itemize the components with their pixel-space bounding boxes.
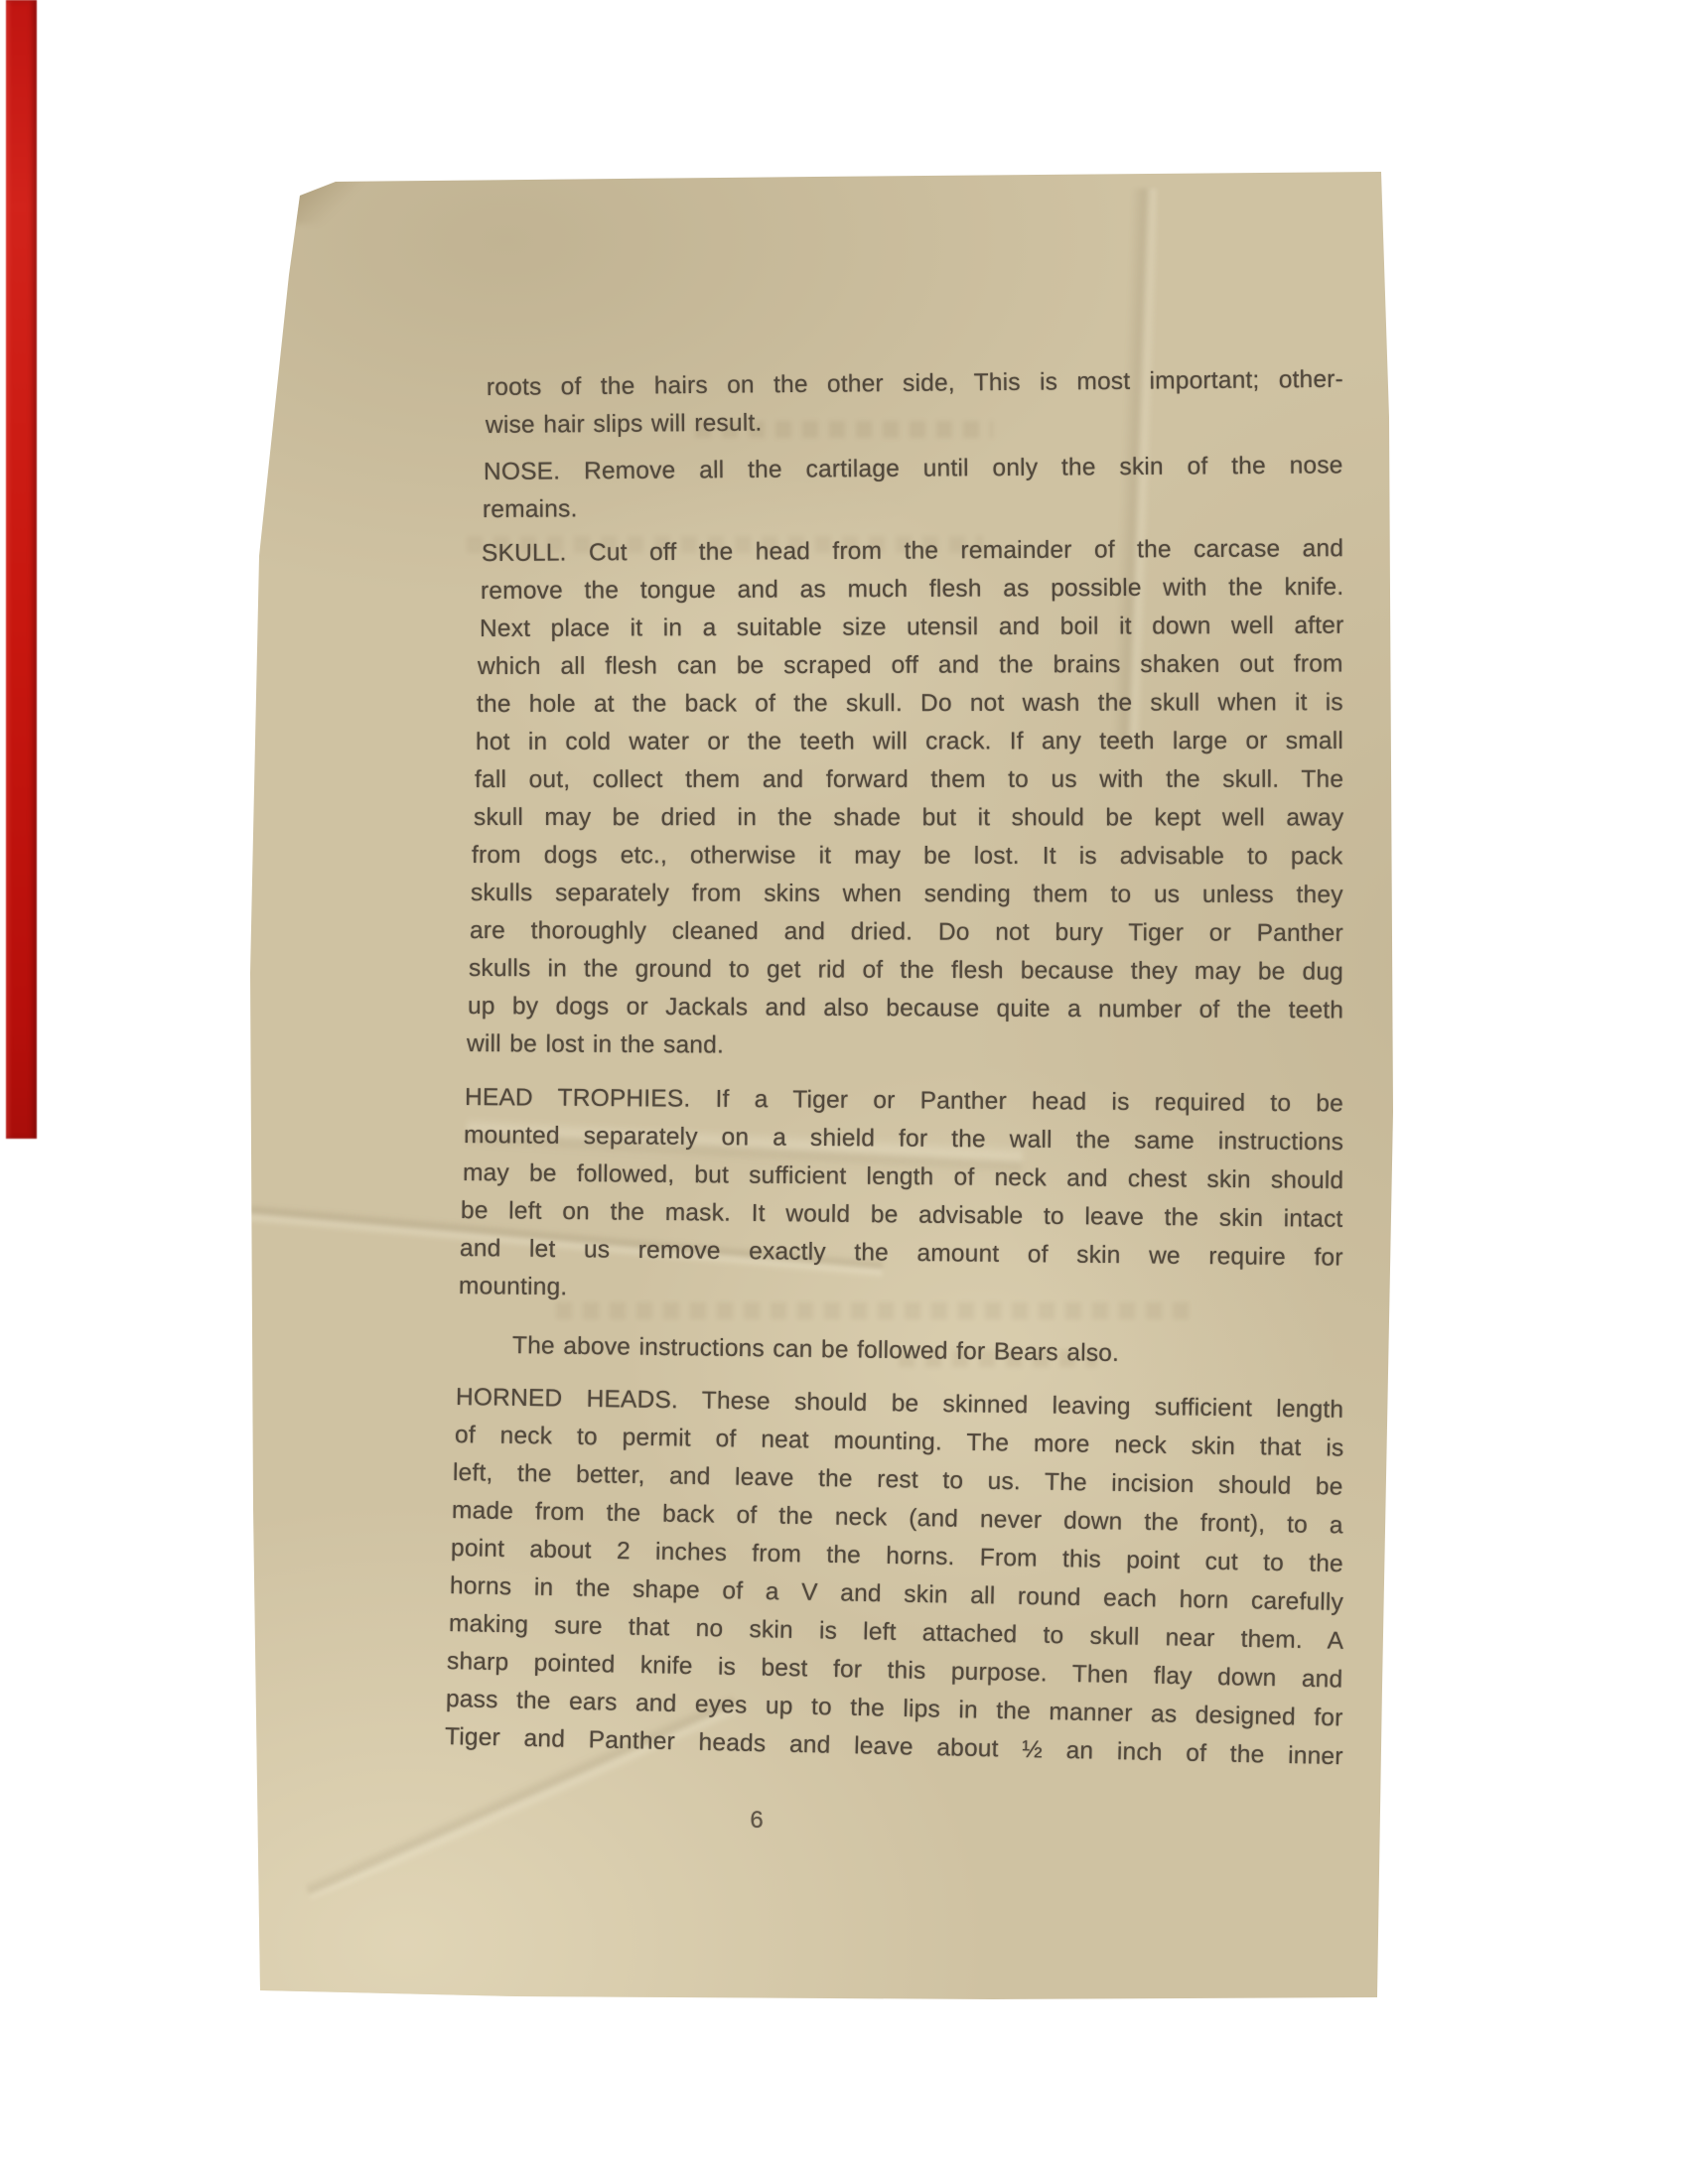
text-line: The above instructions can be followed f… [512,1331,1343,1373]
text-line: up by dogs or Jackals and also because q… [468,992,1343,1026]
text-line: roots of the hairs on the other side, Th… [487,365,1343,404]
text-line: HORNED HEADS. These should be skinned le… [455,1383,1343,1427]
text-line: the hole at the back of the skull. Do no… [477,688,1343,721]
page-text-block: roots of the hairs on the other side, Th… [0,0,1688,2184]
text-line: will be lost in the sand. [467,1029,1344,1065]
text-line: skull may be dried in the shade but it s… [474,803,1343,834]
text-line: NOSE. Remove all the cartilage until onl… [484,451,1343,488]
text-line: hot in cold water or the teeth will crac… [476,727,1343,758]
text-line: remains. [483,489,1343,526]
text-line: mounted separately on a shield for the w… [464,1121,1343,1159]
text-line: remove the tongue and as much flesh as p… [481,573,1343,608]
text-line: are thoroughly cleaned and dried. Do not… [470,916,1343,950]
text-line: wise hair slips will result. [486,403,1343,442]
text-line: from dogs etc., otherwise it may be lost… [472,841,1343,873]
scanned-page-photo: roots of the hairs on the other side, Th… [0,0,1688,2184]
page-number: 6 [737,1807,776,1835]
text-line: fall out, collect them and forward them … [475,765,1343,796]
text-line: skulls in the ground to get rid of the f… [469,954,1343,989]
text-line: Next place it in a suitable size utensil… [479,612,1343,645]
text-line: skulls separately from skins when sendin… [471,879,1343,911]
text-line: may be followed, but sufficient length o… [462,1159,1343,1197]
text-line: SKULL. Cut off the head from the remaind… [482,534,1343,570]
text-line: HEAD TROPHIES. If a Tiger or Panther hea… [465,1083,1343,1120]
text-line: which all flesh can be scraped off and t… [478,649,1343,683]
